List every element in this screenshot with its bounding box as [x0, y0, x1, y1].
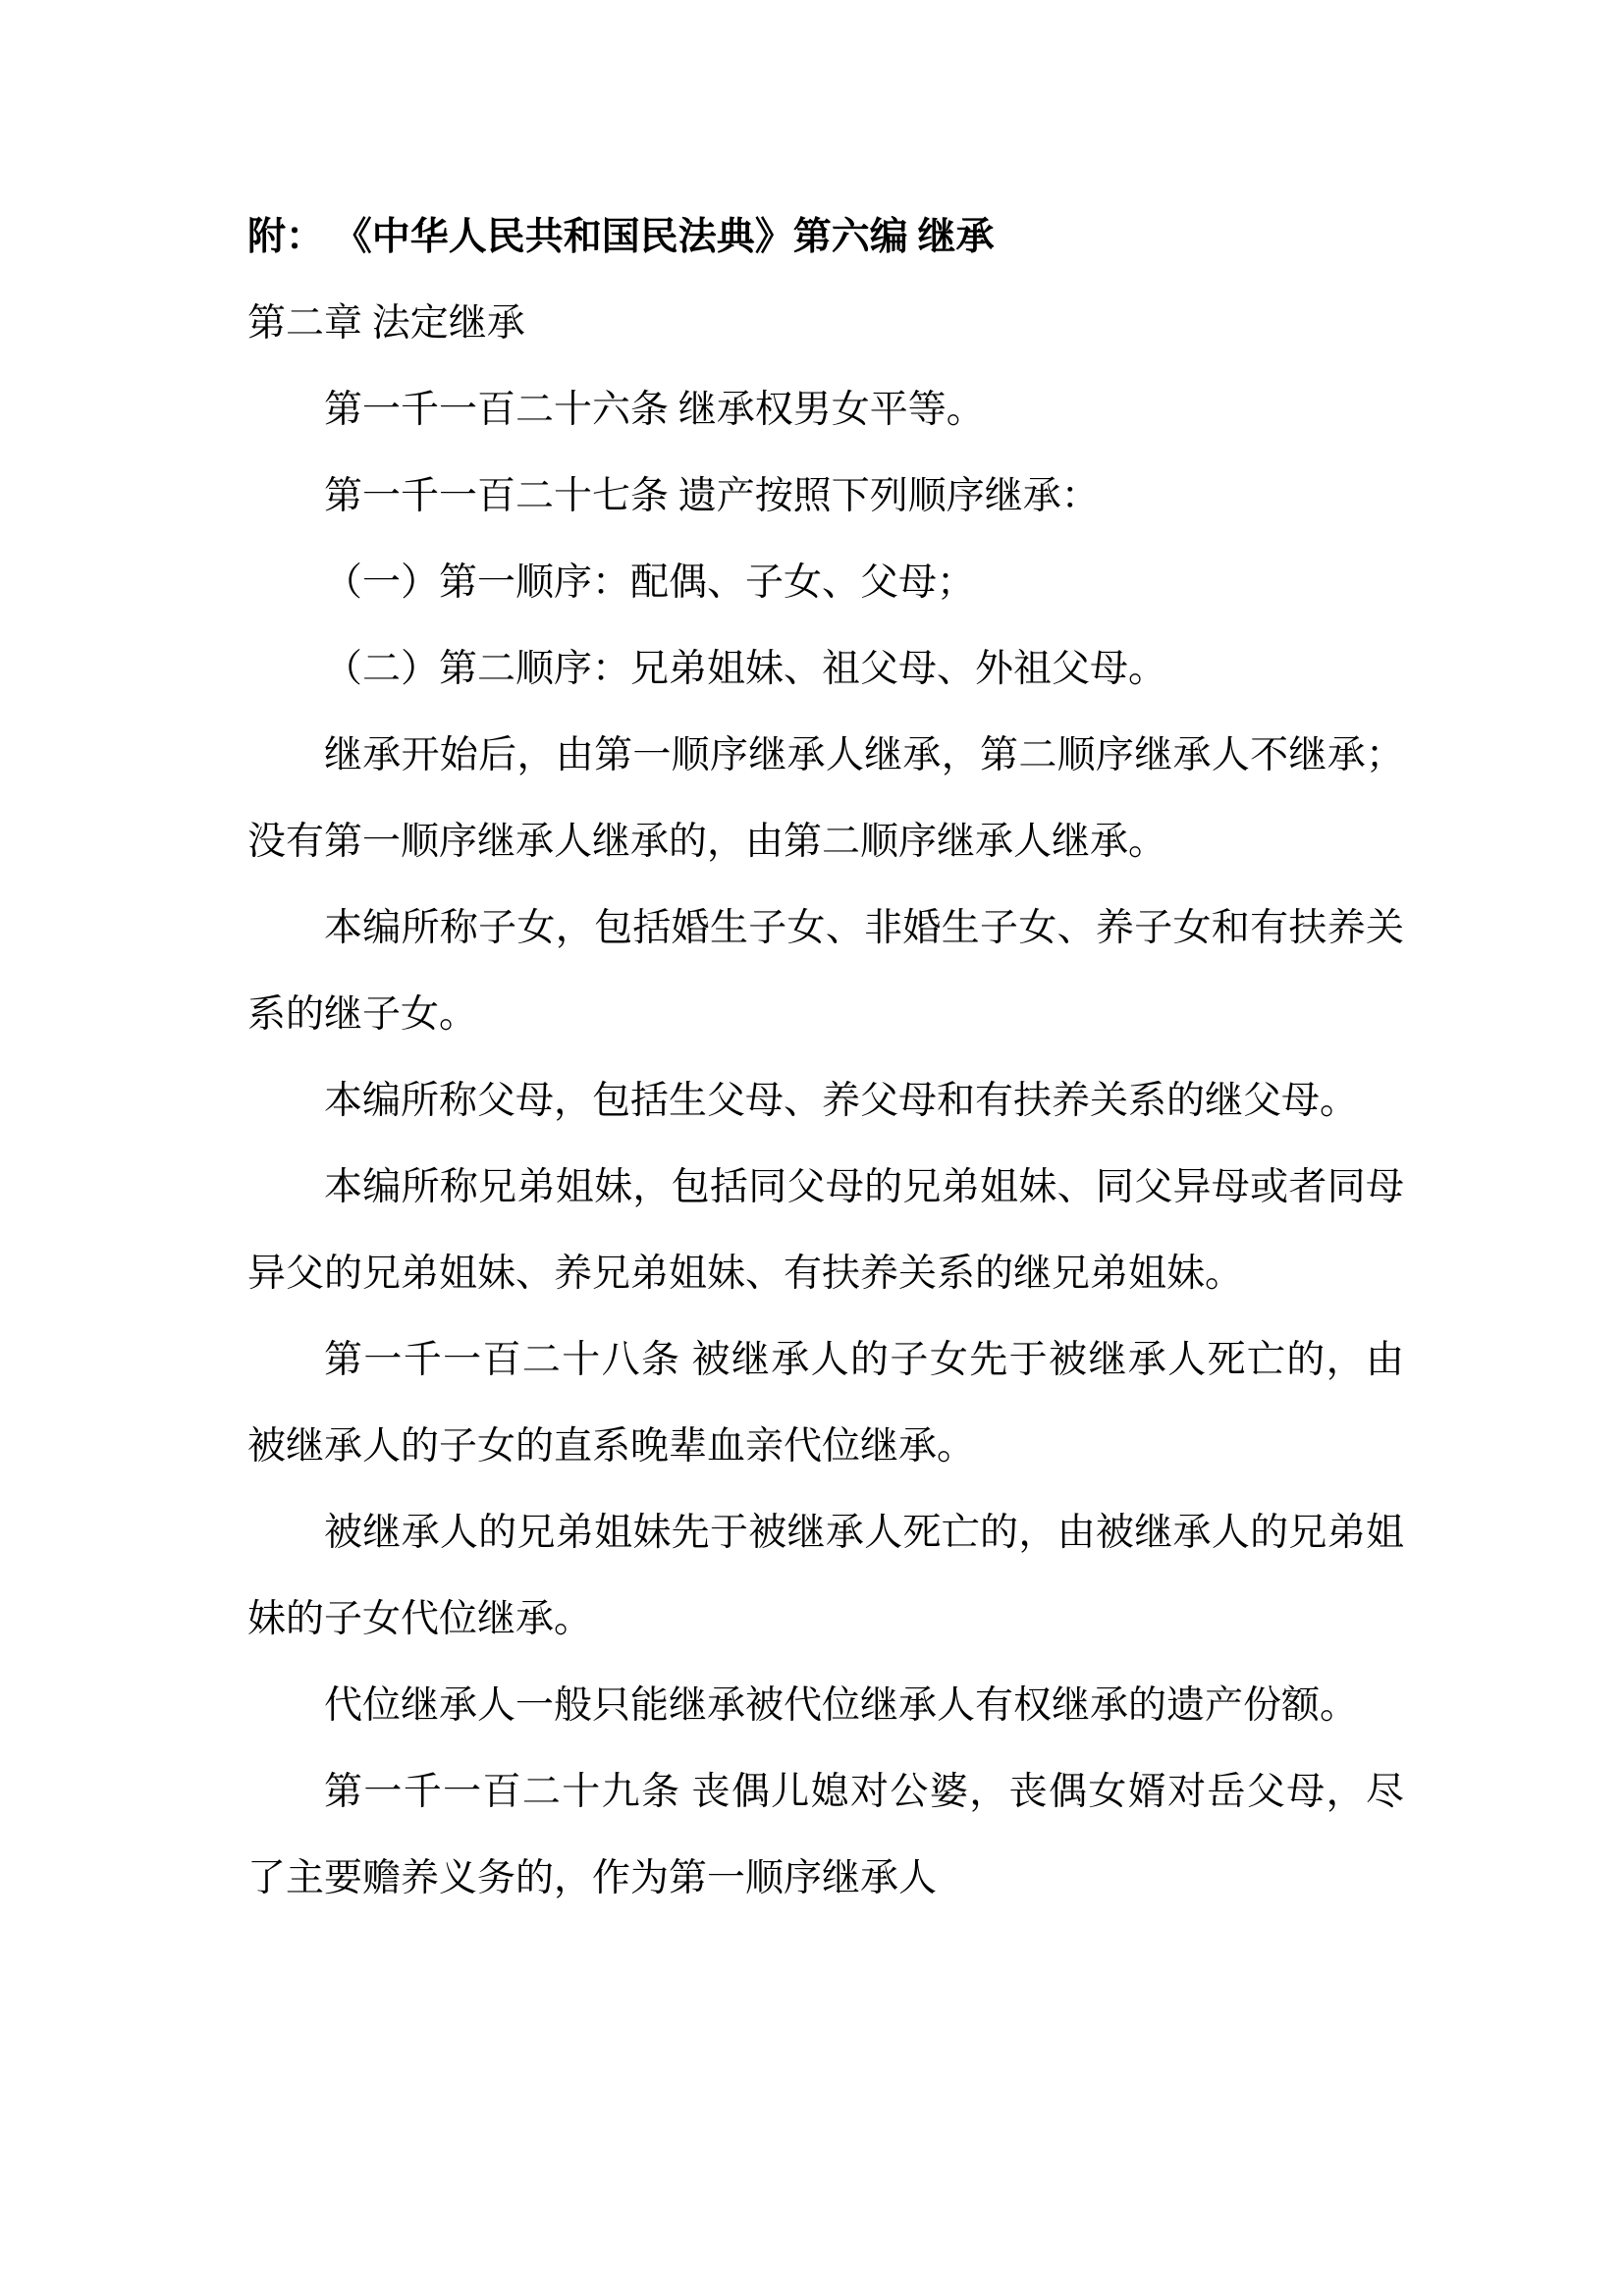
paragraph-article-1129: 第一千一百二十九条 丧偶儿媳对公婆，丧偶女婿对岳父母，尽了主要赡养义务的，作为第…: [247, 1749, 1404, 1922]
paragraph-second-order: （二）第二顺序：兄弟姐妹、祖父母、外祖父母。: [247, 626, 1404, 713]
paragraph-first-order: （一）第一顺序：配偶、子女、父母；: [247, 540, 1404, 626]
document-page: 附： 《中华人民共和国民法典》第六编 继承 第二章 法定继承 第一千一百二十六条…: [0, 0, 1624, 2296]
paragraph-article-1126: 第一千一百二十六条 继承权男女平等。: [247, 367, 1404, 454]
paragraph-succession-start: 继承开始后，由第一顺序继承人继承，第二顺序继承人不继承；没有第一顺序继承人继承的…: [247, 713, 1404, 885]
paragraph-article-1127: 第一千一百二十七条 遗产按照下列顺序继承：: [247, 454, 1404, 540]
document-title: 附： 《中华人民共和国民法典》第六编 继承: [247, 194, 1404, 281]
paragraph-parents-definition: 本编所称父母，包括生父母、养父母和有扶养关系的继父母。: [247, 1058, 1404, 1145]
paragraph-siblings-definition: 本编所称兄弟姐妹，包括同父母的兄弟姐妹、同父异母或者同母异父的兄弟姐妹、养兄弟姐…: [247, 1145, 1404, 1317]
paragraph-sibling-subrogation: 被继承人的兄弟姐妹先于被继承人死亡的，由被继承人的兄弟姐妹的子女代位继承。: [247, 1490, 1404, 1663]
document-content: 附： 《中华人民共和国民法典》第六编 继承 第二章 法定继承 第一千一百二十六条…: [247, 194, 1404, 1922]
paragraph-subrogation-share: 代位继承人一般只能继承被代位继承人有权继承的遗产份额。: [247, 1663, 1404, 1749]
paragraph-article-1128: 第一千一百二十八条 被继承人的子女先于被继承人死亡的，由被继承人的子女的直系晚辈…: [247, 1317, 1404, 1490]
chapter-heading: 第二章 法定继承: [247, 281, 1404, 367]
paragraph-children-definition: 本编所称子女，包括婚生子女、非婚生子女、养子女和有扶养关系的继子女。: [247, 885, 1404, 1058]
